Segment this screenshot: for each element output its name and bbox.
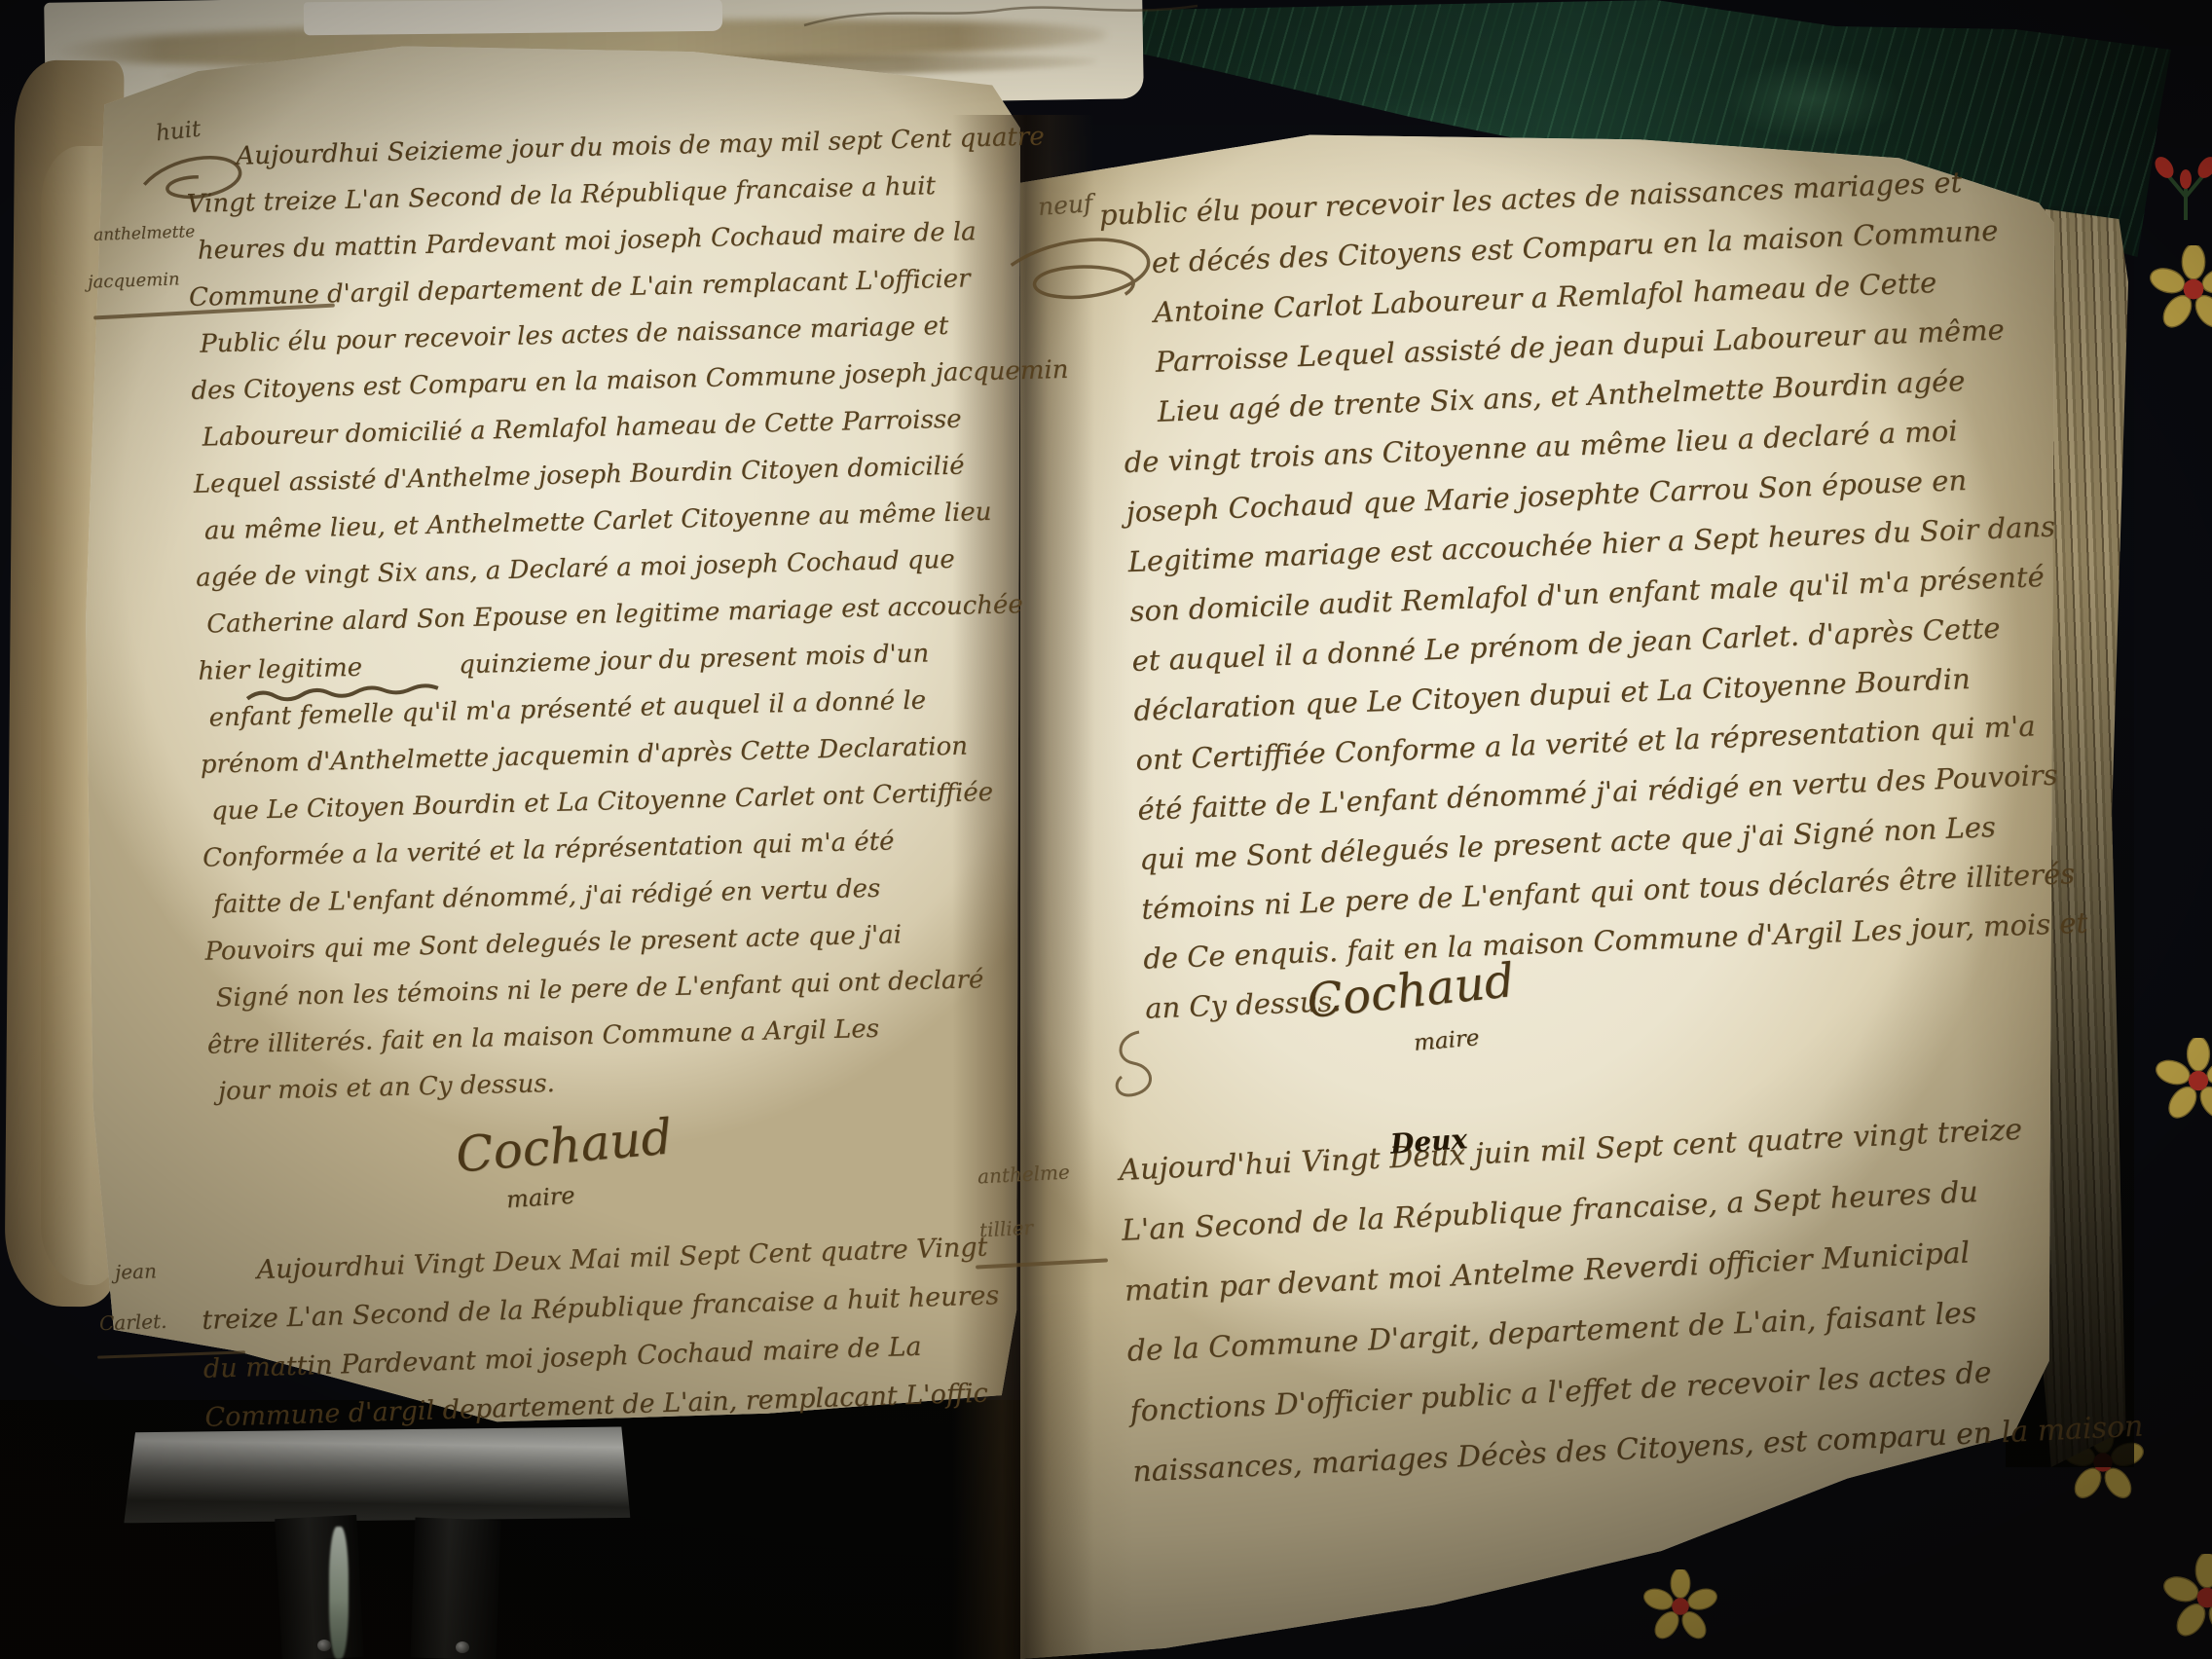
margin-child-name: anthelmette — [93, 222, 196, 245]
upper-sheet-edge — [304, 0, 722, 35]
embroidered-bud-icon — [2147, 146, 2212, 224]
photograph-of-open-register: huit anthelmette jacquemin Aujourdhui Se… — [0, 0, 2212, 1659]
margin-act-number: neuf — [1037, 189, 1093, 221]
margin-child-name: anthelme — [977, 1161, 1070, 1189]
act-neuf-text-start: Aujourdhui Vingt Deux Mai mil Sept Cent … — [200, 1221, 1062, 1443]
act-neuf-text-continued: public élu pour recevoir les actes de na… — [1098, 154, 2084, 1034]
clip-pivot — [317, 1640, 331, 1651]
faded-script-trace — [798, 0, 1207, 33]
overwritten-word: Deux — [1389, 1123, 1468, 1160]
embroidered-flower-icon — [2150, 245, 2212, 333]
embroidered-flower-icon — [2156, 1038, 2212, 1124]
act-dix-text: Aujourd'hui Vingt Deux juin mil Sept cen… — [1118, 1098, 2087, 1503]
act-huit-text: Aujourdhui Seizieme jour du mois de may … — [185, 113, 1065, 1115]
margin-child-name: tillier — [978, 1216, 1033, 1242]
embroidered-flower-icon — [1643, 1569, 1717, 1643]
clip-light-glare — [329, 1527, 349, 1659]
binder-clip-bar — [124, 1419, 631, 1530]
margin-child-name: jacquemin — [88, 269, 180, 292]
margin-child-name: jean — [115, 1259, 158, 1283]
binder-clip-arm — [275, 1515, 364, 1659]
margin-child-name: Carlet. — [99, 1309, 167, 1335]
signature-role: maire — [505, 1182, 575, 1214]
paraph-flourish — [1100, 1026, 1178, 1114]
clip-pivot — [456, 1641, 469, 1653]
binder-clip-arm — [411, 1518, 501, 1659]
embroidered-flower-icon — [2163, 1554, 2212, 1641]
